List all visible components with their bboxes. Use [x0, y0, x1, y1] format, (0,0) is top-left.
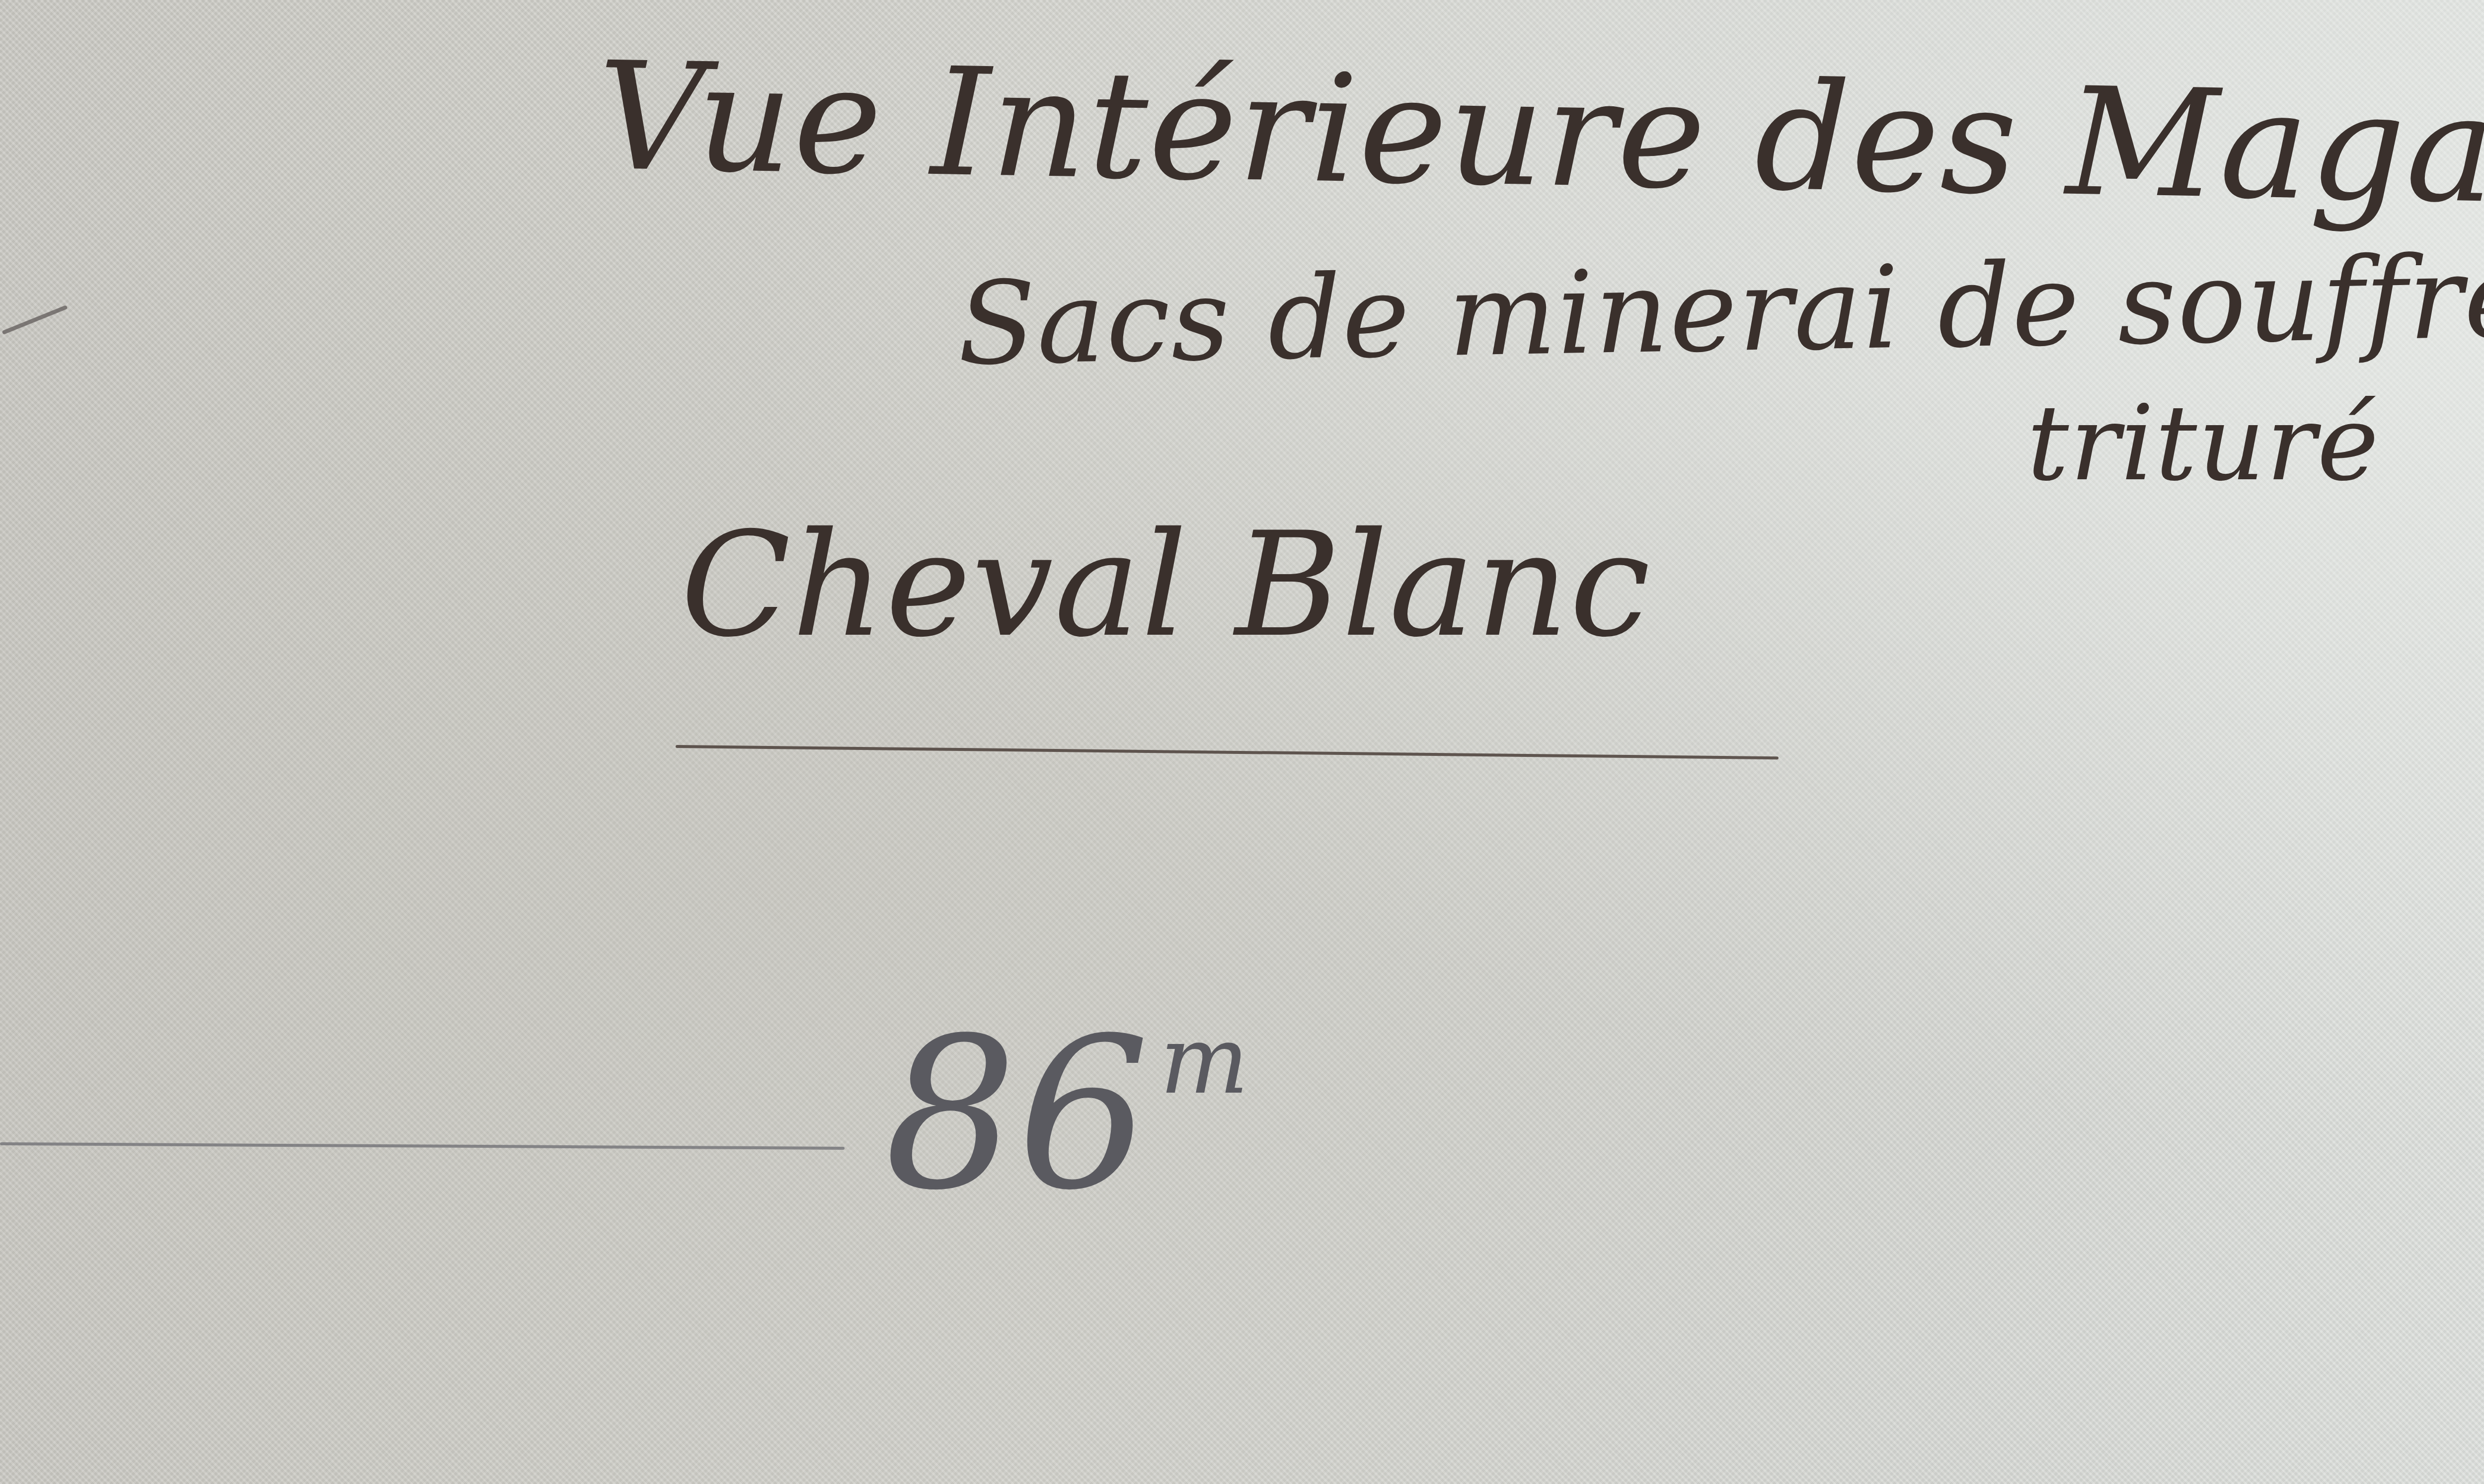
- pencil-number-superscript: m: [1160, 1006, 1248, 1115]
- ink-underline: [676, 745, 1779, 759]
- pencil-number-value: 86: [884, 993, 1150, 1236]
- pencil-number: 86m: [884, 993, 1249, 1236]
- pencil-line: [0, 1142, 845, 1150]
- handwritten-subtitle-continued: trituré: [2027, 382, 2380, 504]
- photo-card-back: Vue Intérieure des Magasins Sacs de mine…: [0, 0, 2484, 1484]
- handwritten-title: Vue Intérieure des Magasins: [596, 30, 2484, 241]
- pencil-stroke-left-edge: [2, 305, 68, 335]
- handwritten-subtitle: Sacs de minerai de souffre: [956, 231, 2484, 391]
- handwritten-location: Cheval Blanc: [681, 502, 1651, 669]
